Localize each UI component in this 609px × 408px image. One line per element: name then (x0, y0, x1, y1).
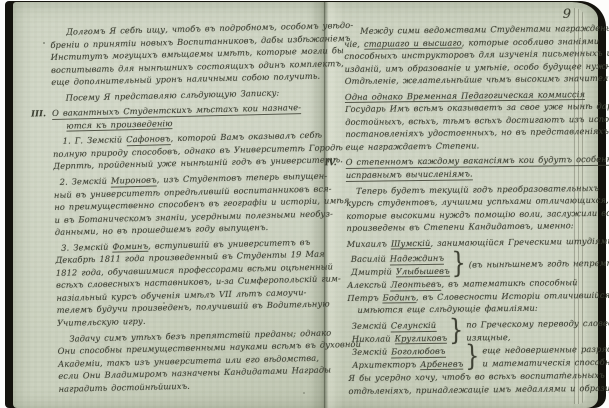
text-segment: чіе, (344, 38, 364, 48)
text-segment: (въ нынѣшнемъ годѣ непремѣнные, (469, 257, 609, 269)
manuscript-line: еще награждаетъ Степени. (345, 138, 609, 154)
text-segment: 3. Земскій (61, 241, 112, 252)
brace-group: Земскій БоголюбовъАрхитекторъ Арбеневъ}е… (352, 343, 609, 371)
text-segment: Михаилъ (347, 238, 391, 249)
text-segment: произведены въ Степени Кандидатовъ, имен… (346, 220, 573, 233)
text-segment: еще награждаетъ Степени. (345, 140, 479, 152)
paragraph: Михаилъ Шумскій, занимающійся Греческими… (347, 234, 609, 250)
underlined-name: Сафоновъ (126, 134, 171, 147)
section-numeral: III. (31, 107, 46, 120)
brace-group: Земскій СелунскійНиколай Кругликовъ}по Г… (352, 317, 609, 345)
underlined-name: Кругликовъ (395, 332, 448, 344)
paragraph: Одна однако Временная Педагогическая ком… (345, 87, 609, 153)
section-heading: III.О вакантныхъ Студентскихъ мѣстахъ ко… (52, 101, 325, 132)
brace-names: Василій НадеждинъДмитрій Улыбышевъ (351, 252, 450, 278)
manuscript-line: Отдѣленіе, желательнѣйше чѣмъ высокимъ з… (345, 72, 609, 88)
brace-note: (въ нынѣшнемъ годѣ непремѣнные, (469, 256, 609, 271)
text-segment: Учительскую игру. (57, 316, 146, 328)
brace-icon: } (465, 343, 479, 372)
text-segment: по Греческому переводу словесныхъ (466, 317, 609, 329)
manuscript-line: имѣются еще слѣдующіе фамиліями: (347, 301, 609, 317)
paragraph: Долгомъ Я себѣ ищу, чтобъ въ подробномъ,… (50, 20, 323, 89)
page-number: 9 (563, 7, 571, 22)
text-segment: и математическія способности. (482, 356, 609, 368)
text-segment: ются къ произведенію (66, 118, 173, 132)
underlined-name: Бодинъ (383, 292, 416, 304)
paragraph: Между сими ведомствами Студентами награж… (344, 22, 609, 88)
left-page-text: Долгомъ Я себѣ ищу, чтобъ въ подробномъ,… (50, 20, 331, 399)
underlined-name: Фоминъ (112, 240, 148, 252)
underlined-name: Леонтьевъ (391, 279, 442, 291)
text-segment: Василій (351, 254, 390, 264)
section-heading: IV.О степенномъ каждому вакансіямъ кои б… (346, 153, 609, 181)
brace-names: Земскій БоголюбовъАрхитекторъ Арбеневъ (352, 345, 464, 371)
paragraph: 1. Г. Земскій Сафоновъ, которой Вамъ ока… (53, 129, 326, 173)
manuscript-line: Земскій Селунскій (352, 319, 448, 333)
manuscript-line: произведены въ Степени Кандидатовъ, имен… (346, 219, 609, 235)
underlined-name: Арбеневъ (420, 358, 463, 370)
paragraph: Алексѣй Леонтьевъ, въ математикѣ способн… (347, 276, 609, 317)
text-segment: Архитекторъ (352, 359, 420, 370)
manuscript-spread: 9 Долгомъ Я себѣ ищу, чтобъ въ подробном… (13, 2, 598, 408)
manuscript-line: Архитекторъ Арбеневъ (352, 357, 463, 371)
paragraph: 2. Земскій Мироновъ, изъ Студентовъ тепе… (54, 170, 327, 239)
text-segment: 2. Земскій (60, 176, 111, 187)
right-page-text: Между сими ведомствами Студентами награж… (344, 22, 609, 401)
brace-group: Василій НадеждинъДмитрій Улыбышевъ}(въ н… (351, 250, 609, 278)
text-segment: , въ математикѣ способный (441, 278, 577, 290)
manuscript-line: отдѣленіяхъ, принадлежащіе имъ медаллями… (348, 381, 609, 397)
manuscript-line: (въ нынѣшнемъ годѣ непремѣнные, (469, 256, 609, 271)
underlined-name: Надеждинъ (390, 253, 444, 265)
text-segment: Николай (352, 333, 395, 344)
text-segment: еще недовершенные разрядные (482, 344, 609, 356)
manuscript-line: изящные, (466, 329, 609, 344)
paragraph: 3. Земскій Фоминъ, вступившій въ универс… (55, 235, 329, 329)
text-segment: Посему Я представляю слѣдующую Записку: (66, 87, 280, 102)
text-segment: отдѣленіяхъ, принадлежащіе имъ медаллями… (348, 382, 609, 396)
manuscript-line: исправнымъ вычисленіямъ. (346, 166, 609, 182)
manuscript-line: и математическія способности. (482, 355, 609, 369)
underlined-name: Улыбышевъ (396, 266, 450, 278)
text-segment: 1. Г. Земскій (63, 135, 127, 146)
text-segment: Алексѣй (347, 280, 391, 291)
manuscript-line: Николай Кругликовъ (352, 331, 448, 345)
underlined-name: Боголюбовъ (391, 346, 445, 358)
brace-names: Земскій СелунскійНиколай Кругликовъ (352, 319, 448, 345)
text-segment: Земскій (352, 320, 391, 330)
brace-icon: } (451, 250, 465, 279)
paragraph: Задачу симъ утѣхъ безъ препятствій преда… (57, 326, 330, 395)
text-segment: Земскій (352, 347, 391, 357)
text-segment: , занимающійся Греческими штудіями, (430, 235, 609, 247)
section-numeral: IV. (325, 157, 337, 170)
paragraph: Я бы усердно хочу, чтобъ во всѣхъ воспит… (348, 369, 609, 397)
text-segment: , которые особливо знаніями (462, 35, 600, 47)
text-segment: Отдѣленіе, желательнѣйше чѣмъ высокимъ з… (345, 73, 609, 87)
ink-speckles (43, 42, 45, 44)
text-segment: исправнымъ вычисленіямъ. (346, 168, 473, 181)
brace-note: еще недовершенные разрядныеи математичес… (482, 343, 609, 370)
manuscript-line: Василій Надеждинъ (351, 252, 450, 266)
underlined-name: Шумскій (391, 238, 431, 250)
text-segment: имѣются еще слѣдующіе фамиліями: (357, 303, 537, 315)
manuscript-line: Михаилъ Шумскій, занимающійся Греческими… (347, 234, 609, 250)
text-segment: , въ Словесности Исторіи отличившійся; (416, 290, 609, 302)
text-segment: Петръ (347, 292, 382, 302)
brace-note: по Греческому переводу словесныхъизящные… (466, 316, 609, 343)
manuscript-line: Дмитрій Улыбышевъ (351, 265, 450, 279)
underlined-name: Селунскій (391, 320, 436, 332)
text-segment: наградить достойнѣйшихъ. (58, 381, 190, 394)
brace-icon: } (449, 317, 463, 346)
paragraph: Теперь будетъ текущій годъ преобразовате… (346, 181, 609, 234)
manuscript-photo: 9 Долгомъ Я себѣ ищу, чтобъ въ подробном… (0, 0, 609, 408)
text-segment: Дмитрій (351, 266, 396, 277)
